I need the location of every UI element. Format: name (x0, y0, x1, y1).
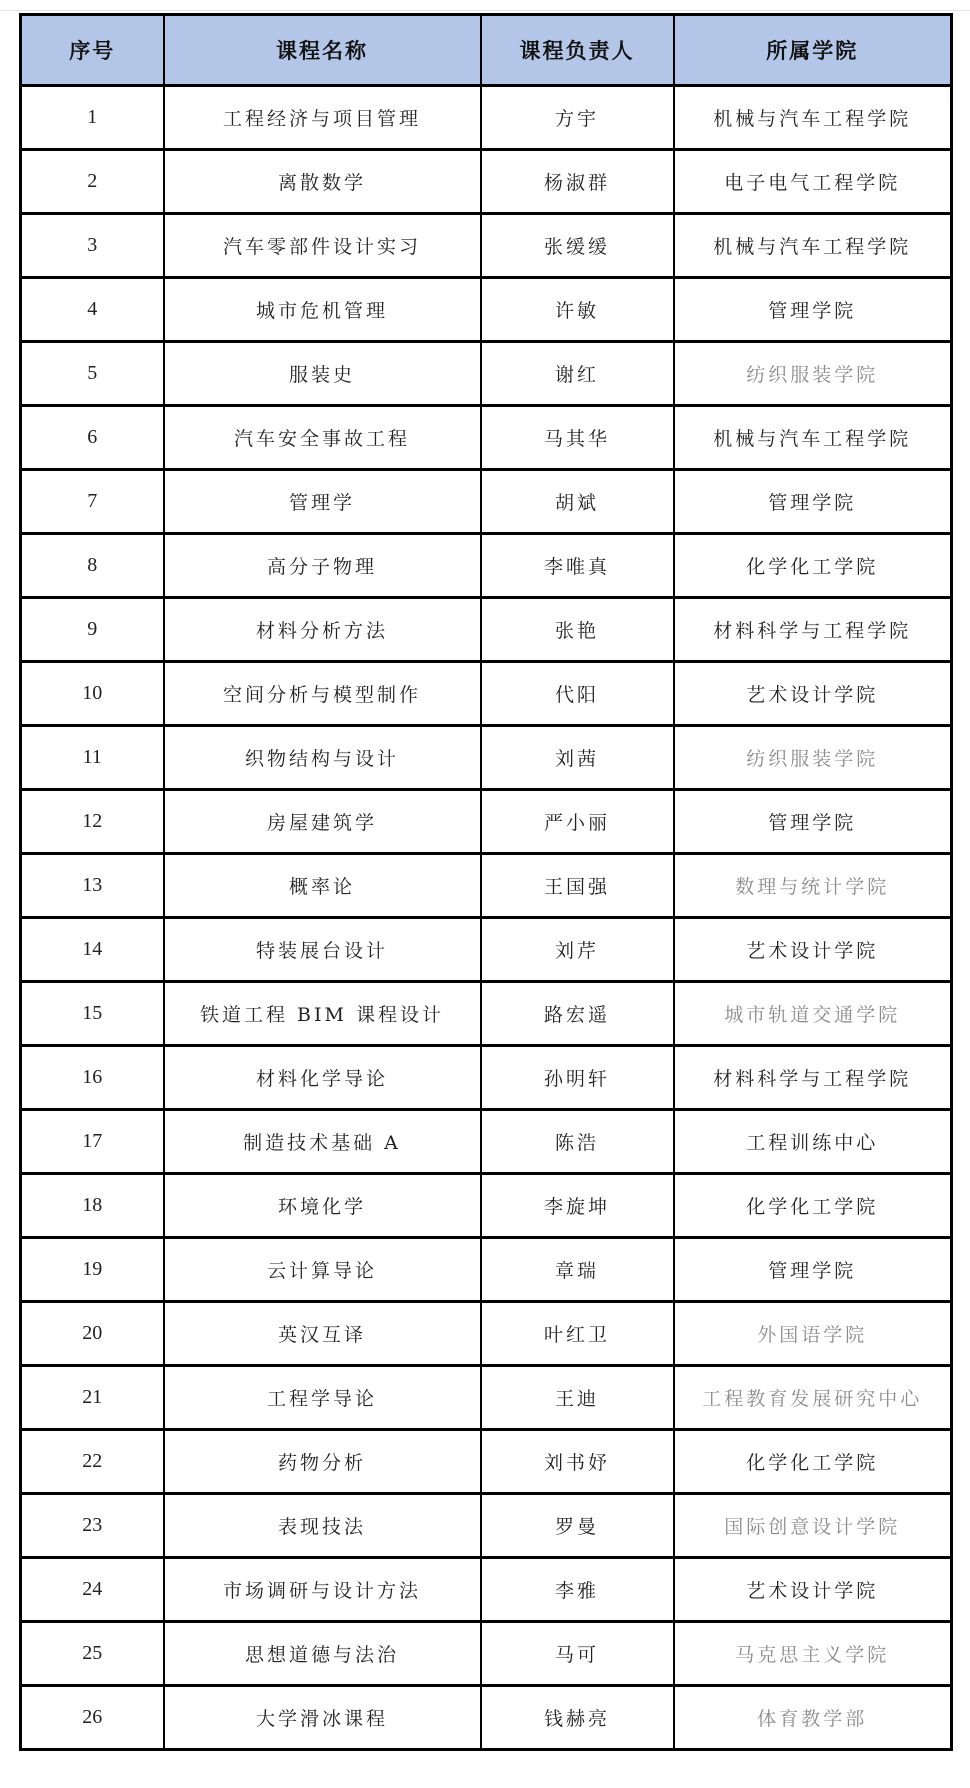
cell-course-lead: 刘书妤 (481, 1430, 674, 1494)
table-row: 19云计算导论章瑞管理学院 (21, 1238, 952, 1302)
cell-course-lead: 刘茜 (481, 726, 674, 790)
cell-course-name: 市场调研与设计方法 (164, 1558, 481, 1622)
cell-college: 外国语学院 (674, 1302, 952, 1366)
table-row: 22药物分析刘书妤化学化工学院 (21, 1430, 952, 1494)
cell-course-lead: 代阳 (481, 662, 674, 726)
cell-course-name: 云计算导论 (164, 1238, 481, 1302)
cell-index: 11 (21, 726, 164, 790)
course-table: 序号 课程名称 课程负责人 所属学院 1工程经济与项目管理方宇机械与汽车工程学院… (19, 13, 953, 1751)
cell-course-lead: 许敏 (481, 278, 674, 342)
cell-college: 体育教学部 (674, 1686, 952, 1750)
table-row: 17制造技术基础 A陈浩工程训练中心 (21, 1110, 952, 1174)
cell-course-name: 制造技术基础 A (164, 1110, 481, 1174)
cell-index: 9 (21, 598, 164, 662)
cell-course-lead: 陈浩 (481, 1110, 674, 1174)
cell-college: 纺织服装学院 (674, 726, 952, 790)
cell-course-lead: 谢红 (481, 342, 674, 406)
header-index: 序号 (21, 15, 164, 86)
cell-college: 管理学院 (674, 278, 952, 342)
cell-course-lead: 严小丽 (481, 790, 674, 854)
cell-course-lead: 胡斌 (481, 470, 674, 534)
cell-college: 化学化工学院 (674, 534, 952, 598)
table-row: 1工程经济与项目管理方宇机械与汽车工程学院 (21, 86, 952, 150)
cell-course-name: 思想道德与法治 (164, 1622, 481, 1686)
cell-course-name: 汽车零部件设计实习 (164, 214, 481, 278)
cell-course-name: 大学滑冰课程 (164, 1686, 481, 1750)
table-row: 23表现技法罗曼国际创意设计学院 (21, 1494, 952, 1558)
cell-course-name: 环境化学 (164, 1174, 481, 1238)
cell-index: 7 (21, 470, 164, 534)
table-row: 13概率论王国强数理与统计学院 (21, 854, 952, 918)
table-row: 20英汉互译叶红卫外国语学院 (21, 1302, 952, 1366)
cell-college: 机械与汽车工程学院 (674, 214, 952, 278)
cell-college: 机械与汽车工程学院 (674, 406, 952, 470)
cell-college: 管理学院 (674, 1238, 952, 1302)
cell-course-name: 离散数学 (164, 150, 481, 214)
cell-index: 4 (21, 278, 164, 342)
header-row: 序号 课程名称 课程负责人 所属学院 (21, 15, 952, 86)
cell-course-name: 表现技法 (164, 1494, 481, 1558)
cell-course-name: 铁道工程 BIM 课程设计 (164, 982, 481, 1046)
cell-college: 数理与统计学院 (674, 854, 952, 918)
cell-course-lead: 马其华 (481, 406, 674, 470)
cell-index: 21 (21, 1366, 164, 1430)
table-row: 11织物结构与设计刘茜纺织服装学院 (21, 726, 952, 790)
cell-course-name: 管理学 (164, 470, 481, 534)
cell-college: 化学化工学院 (674, 1430, 952, 1494)
table-row: 15铁道工程 BIM 课程设计路宏遥城市轨道交通学院 (21, 982, 952, 1046)
cell-course-name: 概率论 (164, 854, 481, 918)
cell-index: 19 (21, 1238, 164, 1302)
cell-course-name: 织物结构与设计 (164, 726, 481, 790)
cell-course-name: 空间分析与模型制作 (164, 662, 481, 726)
cell-index: 23 (21, 1494, 164, 1558)
cell-course-name: 材料化学导论 (164, 1046, 481, 1110)
table-body: 1工程经济与项目管理方宇机械与汽车工程学院2离散数学杨淑群电子电气工程学院3汽车… (21, 86, 952, 1750)
cell-index: 15 (21, 982, 164, 1046)
cell-index: 20 (21, 1302, 164, 1366)
cell-course-lead: 方宇 (481, 86, 674, 150)
cell-college: 艺术设计学院 (674, 662, 952, 726)
cell-course-name: 房屋建筑学 (164, 790, 481, 854)
cell-index: 14 (21, 918, 164, 982)
cell-index: 25 (21, 1622, 164, 1686)
cell-college: 材料科学与工程学院 (674, 598, 952, 662)
cell-course-name: 服装史 (164, 342, 481, 406)
cell-course-name: 英汉互译 (164, 1302, 481, 1366)
table-row: 25思想道德与法治马可马克思主义学院 (21, 1622, 952, 1686)
header-course-lead: 课程负责人 (481, 15, 674, 86)
cell-course-name: 工程学导论 (164, 1366, 481, 1430)
table-row: 16材料化学导论孙明轩材料科学与工程学院 (21, 1046, 952, 1110)
cell-college: 化学化工学院 (674, 1174, 952, 1238)
cell-course-lead: 王迪 (481, 1366, 674, 1430)
cell-course-lead: 张缓缓 (481, 214, 674, 278)
cell-index: 2 (21, 150, 164, 214)
cell-college: 国际创意设计学院 (674, 1494, 952, 1558)
cell-index: 10 (21, 662, 164, 726)
cell-college: 管理学院 (674, 470, 952, 534)
cell-college: 工程训练中心 (674, 1110, 952, 1174)
cell-index: 12 (21, 790, 164, 854)
table-row: 7管理学胡斌管理学院 (21, 470, 952, 534)
table-row: 12房屋建筑学严小丽管理学院 (21, 790, 952, 854)
table-row: 10空间分析与模型制作代阳艺术设计学院 (21, 662, 952, 726)
cell-college: 纺织服装学院 (674, 342, 952, 406)
cell-college: 工程教育发展研究中心 (674, 1366, 952, 1430)
cell-index: 5 (21, 342, 164, 406)
cell-index: 8 (21, 534, 164, 598)
cell-index: 17 (21, 1110, 164, 1174)
table-row: 24市场调研与设计方法李雅艺术设计学院 (21, 1558, 952, 1622)
cell-index: 26 (21, 1686, 164, 1750)
cell-index: 1 (21, 86, 164, 150)
table-row: 26大学滑冰课程钱赫亮体育教学部 (21, 1686, 952, 1750)
cell-college: 材料科学与工程学院 (674, 1046, 952, 1110)
cell-course-lead: 马可 (481, 1622, 674, 1686)
table-row: 3汽车零部件设计实习张缓缓机械与汽车工程学院 (21, 214, 952, 278)
header-college: 所属学院 (674, 15, 952, 86)
table-header: 序号 课程名称 课程负责人 所属学院 (21, 15, 952, 86)
cell-course-lead: 王国强 (481, 854, 674, 918)
cell-course-lead: 孙明轩 (481, 1046, 674, 1110)
cell-course-name: 城市危机管理 (164, 278, 481, 342)
table-row: 6汽车安全事故工程马其华机械与汽车工程学院 (21, 406, 952, 470)
cell-index: 22 (21, 1430, 164, 1494)
cell-index: 3 (21, 214, 164, 278)
cell-course-lead: 李唯真 (481, 534, 674, 598)
top-divider (0, 10, 970, 11)
table-row: 21工程学导论王迪工程教育发展研究中心 (21, 1366, 952, 1430)
cell-course-name: 汽车安全事故工程 (164, 406, 481, 470)
cell-course-lead: 杨淑群 (481, 150, 674, 214)
cell-course-lead: 罗曼 (481, 1494, 674, 1558)
cell-college: 马克思主义学院 (674, 1622, 952, 1686)
cell-course-lead: 钱赫亮 (481, 1686, 674, 1750)
table-row: 9材料分析方法张艳材料科学与工程学院 (21, 598, 952, 662)
cell-course-lead: 李旋坤 (481, 1174, 674, 1238)
cell-course-lead: 张艳 (481, 598, 674, 662)
cell-course-lead: 叶红卫 (481, 1302, 674, 1366)
header-course-name: 课程名称 (164, 15, 481, 86)
cell-college: 电子电气工程学院 (674, 150, 952, 214)
cell-course-lead: 李雅 (481, 1558, 674, 1622)
cell-course-name: 材料分析方法 (164, 598, 481, 662)
table-row: 18环境化学李旋坤化学化工学院 (21, 1174, 952, 1238)
cell-course-name: 工程经济与项目管理 (164, 86, 481, 150)
cell-course-name: 高分子物理 (164, 534, 481, 598)
cell-index: 6 (21, 406, 164, 470)
table-row: 2离散数学杨淑群电子电气工程学院 (21, 150, 952, 214)
cell-course-name: 药物分析 (164, 1430, 481, 1494)
table-row: 4城市危机管理许敏管理学院 (21, 278, 952, 342)
cell-index: 16 (21, 1046, 164, 1110)
cell-college: 城市轨道交通学院 (674, 982, 952, 1046)
cell-index: 24 (21, 1558, 164, 1622)
cell-college: 艺术设计学院 (674, 1558, 952, 1622)
cell-college: 管理学院 (674, 790, 952, 854)
cell-college: 机械与汽车工程学院 (674, 86, 952, 150)
cell-index: 13 (21, 854, 164, 918)
cell-course-name: 特装展台设计 (164, 918, 481, 982)
cell-college: 艺术设计学院 (674, 918, 952, 982)
cell-course-lead: 路宏遥 (481, 982, 674, 1046)
table-row: 8高分子物理李唯真化学化工学院 (21, 534, 952, 598)
table-row: 14特装展台设计刘芹艺术设计学院 (21, 918, 952, 982)
cell-index: 18 (21, 1174, 164, 1238)
cell-course-lead: 章瑞 (481, 1238, 674, 1302)
table-row: 5服装史谢红纺织服装学院 (21, 342, 952, 406)
cell-course-lead: 刘芹 (481, 918, 674, 982)
